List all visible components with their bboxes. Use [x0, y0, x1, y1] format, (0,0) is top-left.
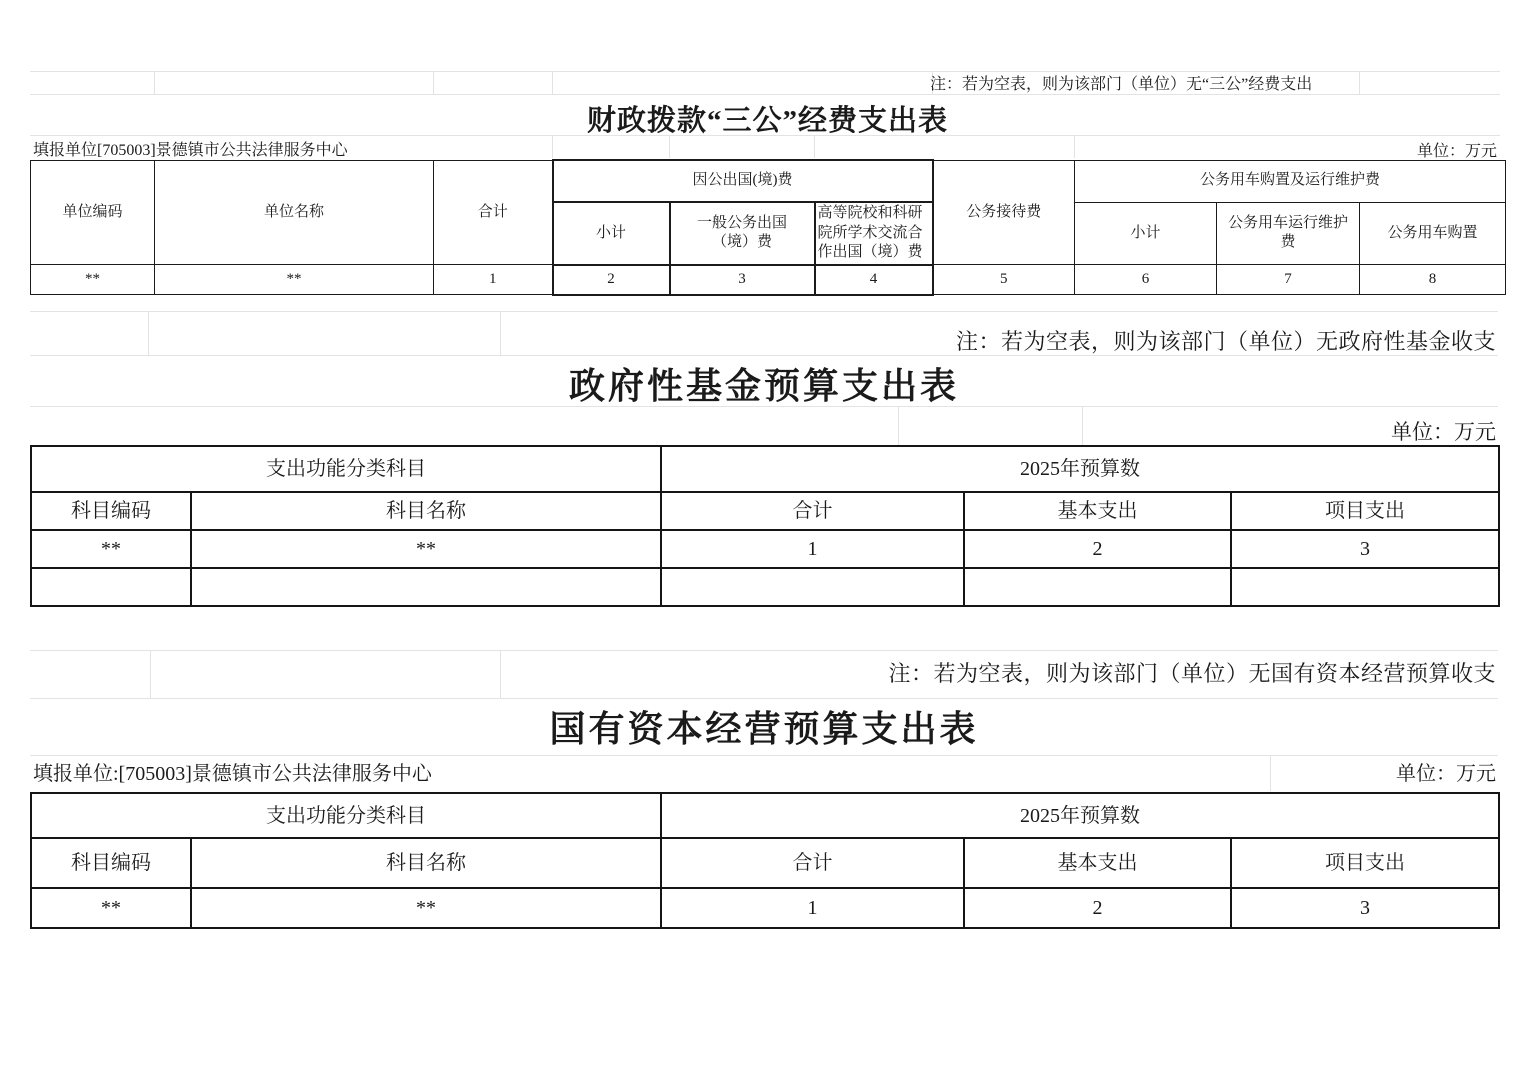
- gridline: [154, 71, 155, 94]
- th-vehicle-subtotal: 小计: [1075, 202, 1217, 265]
- gridline: [30, 755, 1498, 756]
- government-fund-budget-table: 支出功能分类科目 2025年预算数 科目编码 科目名称 合计 基本支出 项目支出…: [30, 445, 1500, 607]
- empty-cell: [1231, 568, 1499, 606]
- empty-cell: [661, 568, 964, 606]
- data-cell: **: [31, 265, 155, 295]
- gridline: [1082, 406, 1083, 445]
- gridline: [30, 311, 1498, 312]
- empty-cell: [31, 568, 191, 606]
- table1-title: 财政拨款“三公”经费支出表: [30, 98, 1505, 139]
- empty-cell: [191, 568, 661, 606]
- th-abroad-group: 因公出国(境)费: [553, 160, 933, 202]
- gridline: [1359, 71, 1360, 94]
- gridline: [30, 650, 1498, 651]
- th-vehicle-purchase: 公务用车购置: [1360, 202, 1506, 265]
- th-project: 项目支出: [1231, 492, 1499, 530]
- th-reception: 公务接待费: [933, 160, 1075, 265]
- th-vehicle-group: 公务用车购置及运行维护费: [1075, 160, 1506, 202]
- table3-title: 国有资本经营预算支出表: [30, 701, 1498, 752]
- data-cell: **: [191, 530, 661, 568]
- table1-unit-label: 单位：万元: [1417, 138, 1497, 161]
- data-cell: **: [31, 530, 191, 568]
- table3-filing-unit: 填报单位:[705003]景德镇市公共法律服务中心: [33, 757, 432, 786]
- gridline: [150, 650, 151, 698]
- data-cell: 2: [553, 265, 670, 295]
- table2-note: 注：若为空表，则为该部门（单位）无政府性基金收支: [956, 330, 1496, 354]
- th-budget-2025: 2025年预算数: [661, 446, 1499, 492]
- data-cell: 2: [964, 530, 1231, 568]
- table2-unit-label: 单位：万元: [1391, 416, 1496, 446]
- table2-title: 政府性基金预算支出表: [30, 358, 1498, 409]
- th-subject-name: 科目名称: [191, 492, 661, 530]
- sangong-expense-table: 单位编码 单位名称 合计 因公出国(境)费 公务接待费 公务用车购置及运行维护费…: [30, 159, 1506, 296]
- table3-unit-label: 单位：万元: [1396, 757, 1496, 786]
- data-cell: 5: [933, 265, 1075, 295]
- data-cell: 3: [670, 265, 815, 295]
- data-cell: 7: [1217, 265, 1360, 295]
- gridline: [500, 650, 501, 698]
- table1-filing-unit: 填报单位[705003]景德镇市公共法律服务中心: [33, 137, 348, 160]
- budget-document: 注：若为空表，则为该部门（单位）无“三公”经费支出 财政拨款“三公”经费支出表 …: [0, 0, 1520, 1074]
- th-abroad-academic: 高等院校和科研院所学术交流合作出国（境）费: [815, 202, 933, 265]
- th-subject-code: 科目编码: [31, 838, 191, 888]
- data-cell: 2: [964, 888, 1231, 928]
- data-cell: 4: [815, 265, 933, 295]
- th-subject-code: 科目编码: [31, 492, 191, 530]
- data-cell: **: [191, 888, 661, 928]
- th-abroad-subtotal: 小计: [553, 202, 670, 265]
- gridline: [433, 71, 434, 94]
- gridline: [500, 311, 501, 355]
- gridline: [30, 71, 1500, 72]
- data-cell: 3: [1231, 530, 1499, 568]
- th-unit-code: 单位编码: [31, 160, 155, 265]
- th-total: 合计: [661, 492, 964, 530]
- th-func-class: 支出功能分类科目: [31, 793, 661, 838]
- gridline: [30, 698, 1498, 699]
- th-subject-name: 科目名称: [191, 838, 661, 888]
- data-cell: **: [31, 888, 191, 928]
- th-unit-name: 单位名称: [155, 160, 434, 265]
- th-vehicle-maintenance: 公务用车运行维护费: [1217, 202, 1360, 265]
- th-basic: 基本支出: [964, 492, 1231, 530]
- th-func-class: 支出功能分类科目: [31, 446, 661, 492]
- gridline: [898, 406, 899, 445]
- data-cell: **: [155, 265, 434, 295]
- data-cell: 1: [661, 888, 964, 928]
- data-cell: 3: [1231, 888, 1499, 928]
- data-cell: 1: [434, 265, 553, 295]
- th-project: 项目支出: [1231, 838, 1499, 888]
- th-budget-2025: 2025年预算数: [661, 793, 1499, 838]
- data-cell: 6: [1075, 265, 1217, 295]
- gridline: [148, 311, 149, 355]
- empty-cell: [964, 568, 1231, 606]
- th-total: 合计: [434, 160, 553, 265]
- data-cell: 8: [1360, 265, 1506, 295]
- gridline: [552, 71, 553, 94]
- state-capital-budget-table: 支出功能分类科目 2025年预算数 科目编码 科目名称 合计 基本支出 项目支出…: [30, 792, 1500, 929]
- th-abroad-general: 一般公务出国（境）费: [670, 202, 815, 265]
- table3-note: 注：若为空表，则为该部门（单位）无国有资本经营预算收支: [888, 662, 1496, 686]
- table1-note: 注：若为空表，则为该部门（单位）无“三公”经费支出: [930, 76, 1312, 94]
- th-total: 合计: [661, 838, 964, 888]
- th-basic: 基本支出: [964, 838, 1231, 888]
- gridline: [1270, 755, 1271, 791]
- data-cell: 1: [661, 530, 964, 568]
- gridline: [30, 94, 1500, 95]
- gridline: [30, 355, 1498, 356]
